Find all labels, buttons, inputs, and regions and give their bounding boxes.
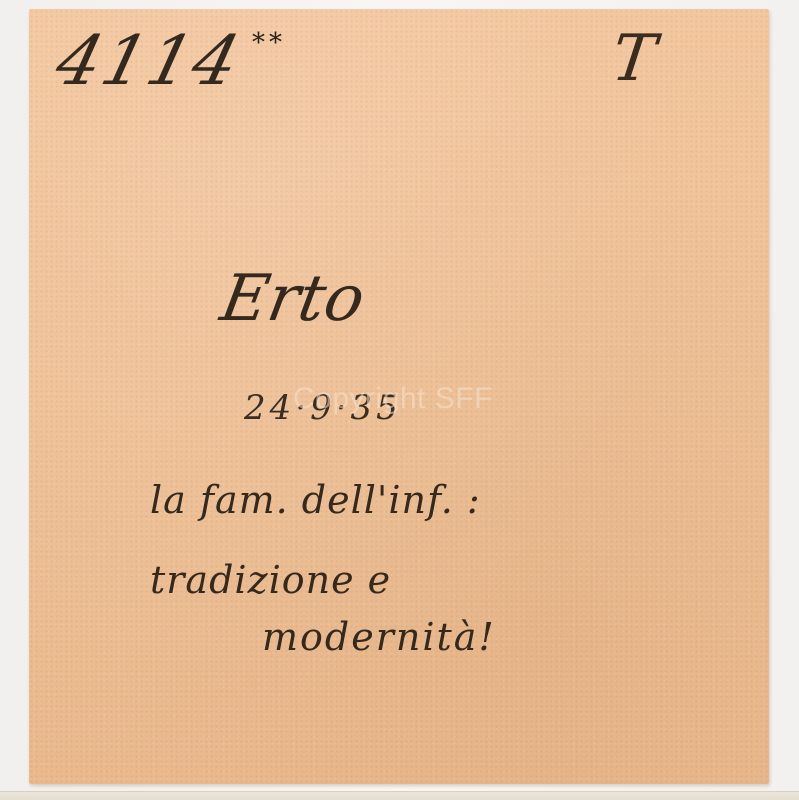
catalog-number: 4114 [48,22,249,101]
caption-line: la fam. dell'inf. : [150,478,481,522]
caption-line: tradizione e [150,558,391,602]
caption-line: modernità! [262,615,496,659]
place-name: Erto [215,262,370,336]
star-marks-icon: ** [252,28,286,58]
underlying-sheet-edge [0,791,799,800]
copyright-watermark: Copyright SFF [293,382,493,416]
